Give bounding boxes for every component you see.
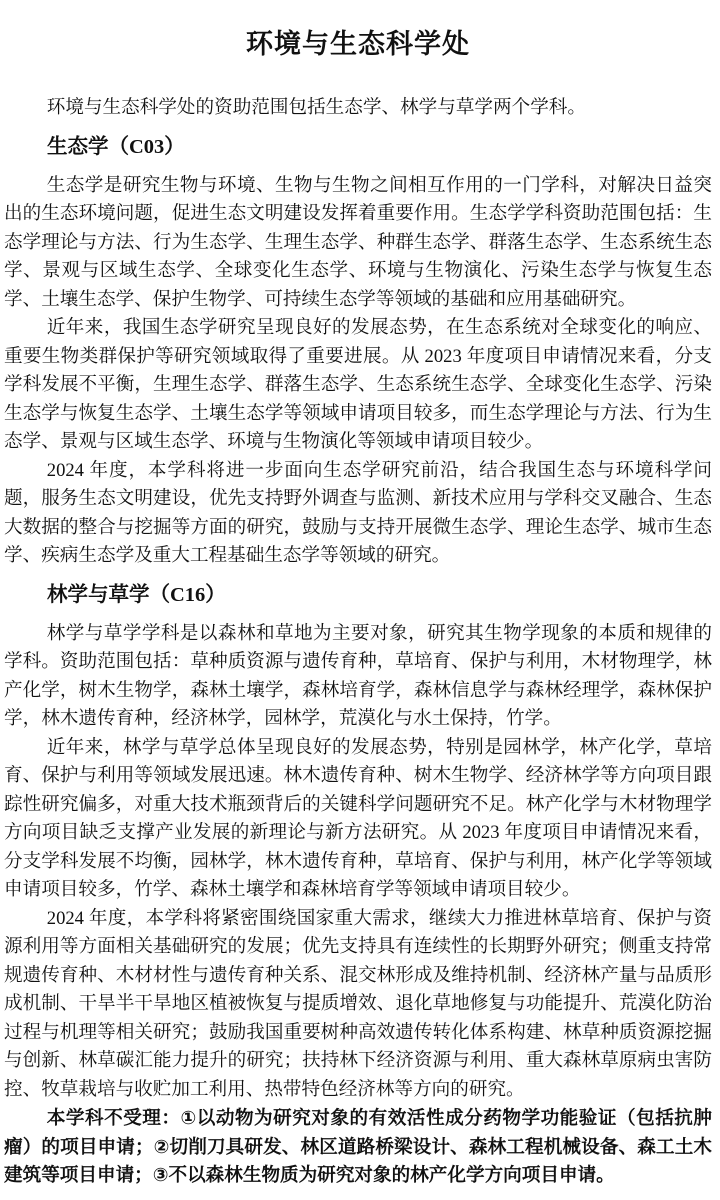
para-forestry-restrictions: 本学科不受理：①以动物为研究对象的有效活性成分药物学功能验证（包括抗肿瘤）的项目… bbox=[4, 1104, 712, 1190]
section-heading-ecology: 生态学（C03） bbox=[4, 132, 712, 162]
intro-paragraph: 环境与生态科学处的资助范围包括生态学、林学与草学两个学科。 bbox=[4, 94, 712, 123]
para-forestry-trends: 近年来，林学与草学总体呈现良好的发展态势，特别是园林学，林产化学，草培育、保护与… bbox=[4, 734, 712, 905]
section-name-ecology: 生态学 bbox=[47, 135, 109, 158]
section-name-forestry: 林学与草学 bbox=[47, 583, 150, 606]
page-title: 环境与生态科学处 bbox=[4, 25, 712, 63]
para-ecology-trends: 近年来，我国生态学研究呈现良好的发展态势，在生态系统对全球变化的响应、重要生物类… bbox=[4, 314, 712, 457]
section-heading-forestry: 林学与草学（C16） bbox=[4, 580, 712, 610]
para-forestry-2024-priorities: 2024 年度，本学科将紧密围绕国家重大需求，继续大力推进林草培育、保护与资源利… bbox=[4, 905, 712, 1105]
para-ecology-scope: 生态学是研究生物与环境、生物与生物之间相互作用的一门学科，对解决日益突出的生态环… bbox=[4, 172, 712, 315]
para-forestry-scope: 林学与草学学科是以森林和草地为主要对象，研究其生物学现象的本质和规律的学科。资助… bbox=[4, 620, 712, 734]
section-code-ecology: （C03） bbox=[109, 136, 185, 158]
document-page: 环境与生态科学处 环境与生态科学处的资助范围包括生态学、林学与草学两个学科。 生… bbox=[0, 0, 720, 1200]
para-ecology-2024-priorities: 2024 年度，本学科将进一步面向生态学研究前沿，结合我国生态与环境科学问题，服… bbox=[4, 457, 712, 571]
section-code-forestry: （C16） bbox=[150, 584, 226, 606]
